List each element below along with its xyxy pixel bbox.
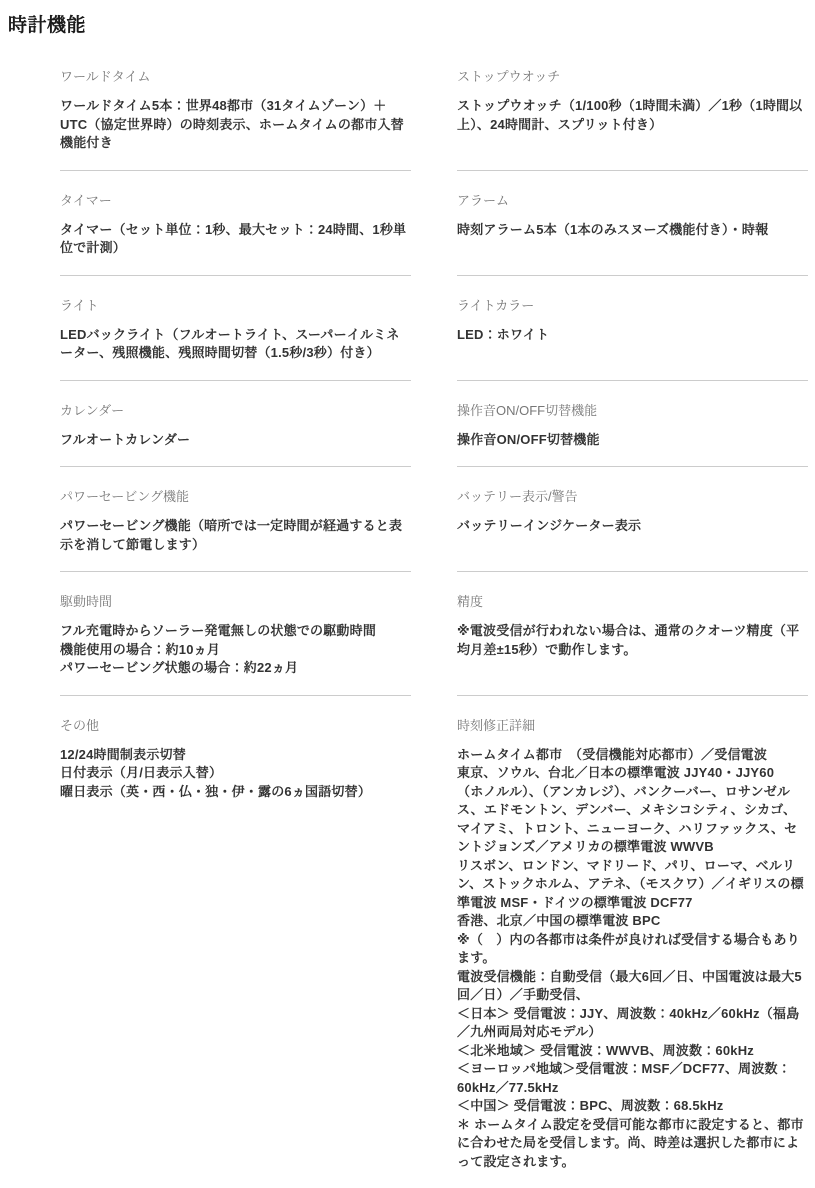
spec-value: ストップウオッチ（1/100秒（1時間未満）／1秒（1時間以上）、24時間計、ス… [457,97,808,134]
spec-value: パワーセービング機能（暗所では一定時間が経過すると表示を消して節電します） [60,517,411,554]
spec-value: ホームタイム都市 （受信機能対応都市）／受信電波 東京、ソウル、台北／日本の標準… [457,746,808,1172]
spec-label: ワールドタイム [60,69,411,84]
spec-label: ライトカラー [457,298,808,313]
spec-cell-power-saving: パワーセービング機能 パワーセービング機能（暗所では一定時間が経過すると表示を消… [60,467,411,572]
spec-label: 精度 [457,594,808,609]
spec-value: LEDバックライト（フルオートライト、スーパーイルミネーター、残照機能、残照時間… [60,326,411,363]
spec-cell-button-tone: 操作音ON/OFF切替機能 操作音ON/OFF切替機能 [457,381,808,468]
spec-row: ライト LEDバックライト（フルオートライト、スーパーイルミネーター、残照機能、… [60,276,808,381]
spec-row: 駆動時間 フル充電時からソーラー発電無しの状態での駆動時間 機能使用の場合：約1… [60,572,808,696]
spec-cell-battery-indicator: バッテリー表示/警告 バッテリーインジケーター表示 [457,467,808,572]
spec-cell-world-time: ワールドタイム ワールドタイム5本：世界48都市（31タイムゾーン）＋UTC（協… [60,47,411,171]
spec-label: カレンダー [60,403,411,418]
spec-cell-alarm: アラーム 時刻アラーム5本（1本のみスヌーズ機能付き）・時報 [457,171,808,276]
spec-cell-accuracy: 精度 ※電波受信が行われない場合は、通常のクオーツ精度（平均月差±15秒）で動作… [457,572,808,696]
spec-label: 駆動時間 [60,594,411,609]
spec-value: LED：ホワイト [457,326,808,345]
spec-value: ワールドタイム5本：世界48都市（31タイムゾーン）＋UTC（協定世界時）の時刻… [60,97,411,153]
spec-value: 時刻アラーム5本（1本のみスヌーズ機能付き）・時報 [457,221,808,240]
spec-value: フル充電時からソーラー発電無しの状態での駆動時間 機能使用の場合：約10ヵ月 パ… [60,622,411,678]
spec-label: その他 [60,718,411,733]
spec-value: 操作音ON/OFF切替機能 [457,431,808,450]
spec-value: フルオートカレンダー [60,431,411,450]
spec-label: ストップウオッチ [457,69,808,84]
spec-row: その他 12/24時間制表示切替 日付表示（月/日表示入替） 曜日表示（英・西・… [60,696,808,1188]
spec-label: アラーム [457,193,808,208]
spec-row: パワーセービング機能 パワーセービング機能（暗所では一定時間が経過すると表示を消… [60,467,808,572]
spec-row: タイマー タイマー（セット単位：1秒、最大セット：24時間、1秒単位で計測） ア… [60,171,808,276]
spec-cell-other: その他 12/24時間制表示切替 日付表示（月/日表示入替） 曜日表示（英・西・… [60,696,411,1188]
spec-cell-time-correction-details: 時刻修正詳細 ホームタイム都市 （受信機能対応都市）／受信電波 東京、ソウル、台… [457,696,808,1188]
spec-cell-calendar: カレンダー フルオートカレンダー [60,381,411,468]
spec-cell-stopwatch: ストップウオッチ ストップウオッチ（1/100秒（1時間未満）／1秒（1時間以上… [457,47,808,171]
spec-label: 操作音ON/OFF切替機能 [457,403,808,418]
spec-value: ※電波受信が行われない場合は、通常のクオーツ精度（平均月差±15秒）で動作します… [457,622,808,659]
spec-label: 時刻修正詳細 [457,718,808,733]
spec-label: タイマー [60,193,411,208]
spec-cell-light: ライト LEDバックライト（フルオートライト、スーパーイルミネーター、残照機能、… [60,276,411,381]
spec-cell-timer: タイマー タイマー（セット単位：1秒、最大セット：24時間、1秒単位で計測） [60,171,411,276]
spec-row: カレンダー フルオートカレンダー 操作音ON/OFF切替機能 操作音ON/OFF… [60,381,808,468]
spec-value: バッテリーインジケーター表示 [457,517,808,536]
spec-value: 12/24時間制表示切替 日付表示（月/日表示入替） 曜日表示（英・西・仏・独・… [60,746,411,802]
spec-label: ライト [60,298,411,313]
spec-label: パワーセービング機能 [60,489,411,504]
spec-cell-battery-life: 駆動時間 フル充電時からソーラー発電無しの状態での駆動時間 機能使用の場合：約1… [60,572,411,696]
spec-label: バッテリー表示/警告 [457,489,808,504]
spec-value: タイマー（セット単位：1秒、最大セット：24時間、1秒単位で計測） [60,221,411,258]
spec-row: ワールドタイム ワールドタイム5本：世界48都市（31タイムゾーン）＋UTC（協… [60,47,808,171]
page-title: 時計機能 [0,0,815,39]
spec-page: 時計機能 ワールドタイム ワールドタイム5本：世界48都市（31タイムゾーン）＋… [0,0,815,1188]
spec-grid: ワールドタイム ワールドタイム5本：世界48都市（31タイムゾーン）＋UTC（協… [60,47,808,1188]
spec-cell-light-color: ライトカラー LED：ホワイト [457,276,808,381]
